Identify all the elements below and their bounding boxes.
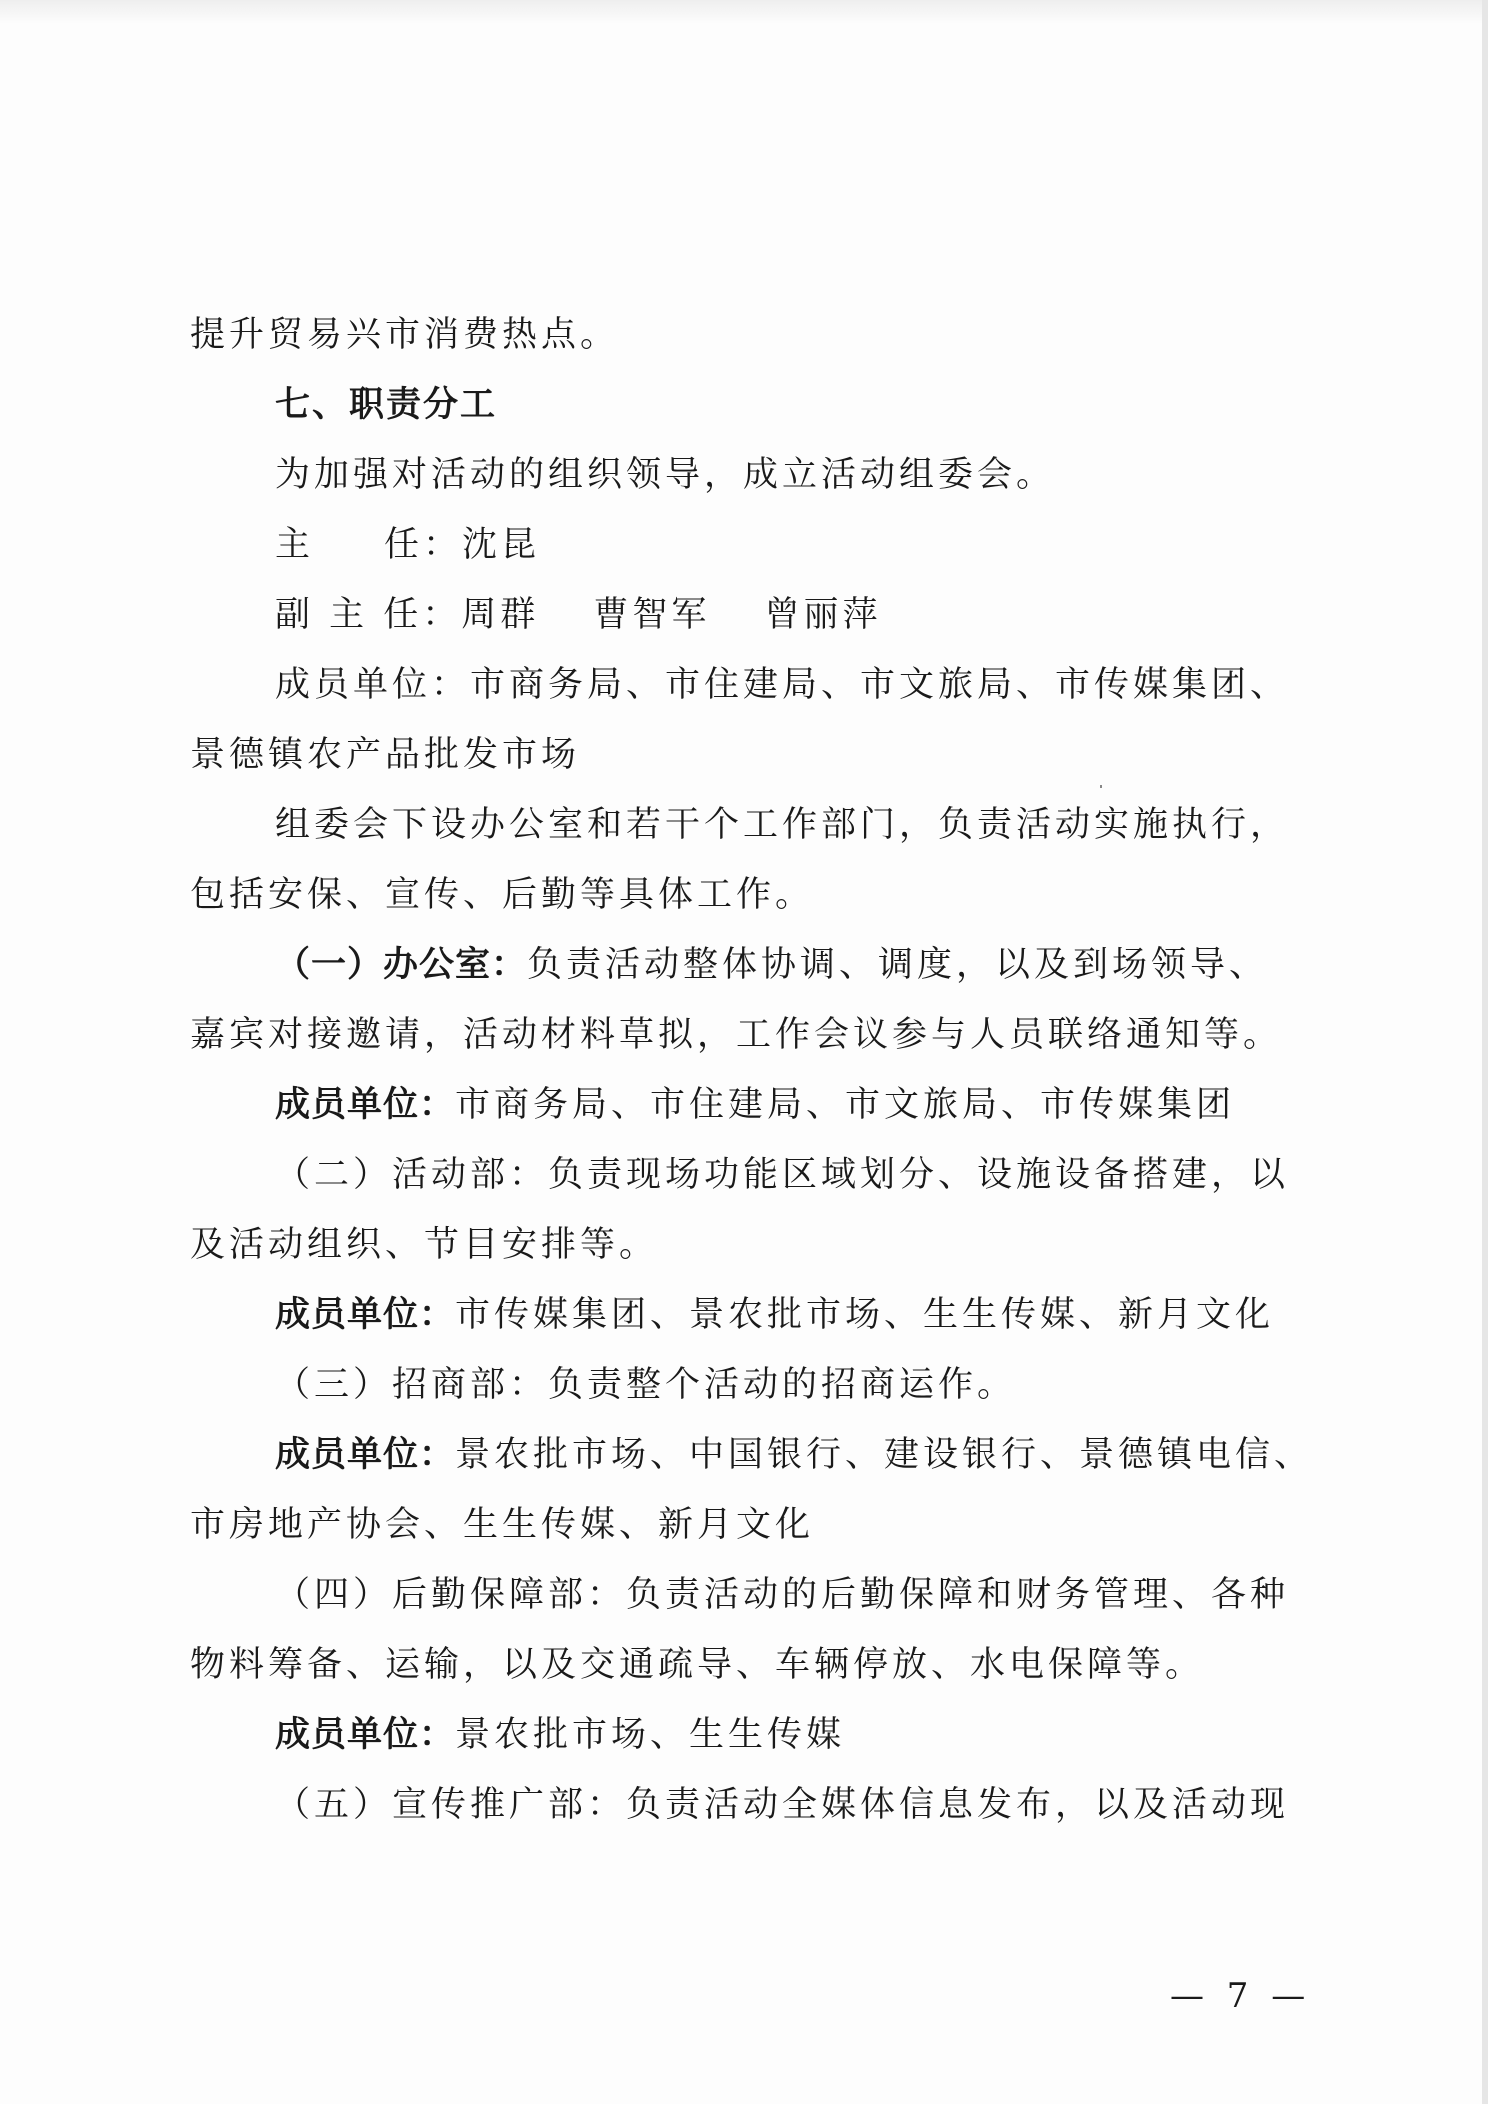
director-label-part2: 任： — [384, 525, 462, 565]
paragraph-line: 提升贸易兴市消费热点。 — [190, 306, 1290, 376]
section-members: 成员单位：景农批市场、中国银行、建设银行、景德镇电信、 — [190, 1426, 1290, 1496]
section-members-cont: 市房地产协会、生生传媒、新月文化 — [190, 1496, 1290, 1566]
section-heading: 七、职责分工 — [190, 376, 1290, 446]
section-investment: （三）招商部：负责整个活动的招商运作。 — [190, 1356, 1290, 1426]
section-desc-cont: 物料筹备、运输，以及交通疏导、车辆停放、水电保障等。 — [190, 1636, 1290, 1706]
section-desc: 负责活动整体协调、调度，以及到场领导、 — [527, 945, 1268, 985]
members-value: 市商务局、市住建局、市文旅局、市传媒集团 — [455, 1085, 1235, 1125]
members-label: 成员单位： — [275, 1085, 455, 1125]
members-value: 景农批市场、生生传媒 — [455, 1715, 845, 1755]
scan-edge-right — [1482, 0, 1488, 2104]
section-members: 成员单位：市商务局、市住建局、市文旅局、市传媒集团 — [190, 1076, 1290, 1146]
document-body: 提升贸易兴市消费热点。 七、职责分工 为加强对活动的组织领导，成立活动组委会。 … — [190, 306, 1290, 1846]
document-page: 提升贸易兴市消费热点。 七、职责分工 为加强对活动的组织领导，成立活动组委会。 … — [0, 0, 1488, 2104]
page-number: — 7 — — [1170, 1976, 1311, 2016]
members-value: 景农批市场、中国银行、建设银行、景德镇电信、 — [455, 1435, 1313, 1475]
section-members: 成员单位：市传媒集团、景农批市场、生生传媒、新月文化 — [190, 1286, 1290, 1356]
members-value: 市商务局、市住建局、市文旅局、市传媒集团、 — [470, 665, 1289, 705]
section-members: 成员单位：景农批市场、生生传媒 — [190, 1706, 1290, 1776]
office-paragraph: 组委会下设办公室和若干个工作部门，负责活动实施执行， — [190, 796, 1290, 866]
section-title: （一）办公室： — [275, 945, 527, 985]
committee-members-line: 成员单位：市商务局、市住建局、市文旅局、市传媒集团、 — [190, 656, 1290, 726]
director-value: 沈昆 — [462, 525, 540, 565]
committee-members-line-cont: 景德镇农产品批发市场 — [190, 726, 1290, 796]
deputy-values: 周群 曹智军 曾丽萍 — [461, 595, 881, 635]
section-activity: （二）活动部：负责现场功能区域划分、设施设备搭建，以 — [190, 1146, 1290, 1216]
section-desc: 负责整个活动的招商运作。 — [548, 1365, 1016, 1405]
section-logistics: （四）后勤保障部：负责活动的后勤保障和财务管理、各种 — [190, 1566, 1290, 1636]
section-office: （一）办公室：负责活动整体协调、调度，以及到场领导、 — [190, 936, 1290, 1006]
section-title: （三）招商部： — [275, 1365, 548, 1405]
members-label: 成员单位： — [275, 1435, 455, 1475]
section-title: （四）后勤保障部： — [275, 1575, 626, 1615]
section-title: （二）活动部： — [275, 1155, 548, 1195]
section-desc-cont: 嘉宾对接邀请，活动材料草拟，工作会议参与人员联络通知等。 — [190, 1006, 1290, 1076]
section-title: （五）宣传推广部： — [275, 1785, 626, 1825]
section-desc: 负责活动的后勤保障和财务管理、各种 — [626, 1575, 1289, 1615]
deputy-label: 副 主 任： — [275, 595, 461, 635]
members-value: 市传媒集团、景农批市场、生生传媒、新月文化 — [455, 1295, 1274, 1335]
director-line: 主任：沈昆 — [190, 516, 1290, 586]
members-label: 成员单位： — [275, 1715, 455, 1755]
members-label: 成员单位： — [275, 665, 470, 705]
deputy-director-line: 副 主 任：周群 曹智军 曾丽萍 — [190, 586, 1290, 656]
intro-paragraph: 为加强对活动的组织领导，成立活动组委会。 — [190, 446, 1290, 516]
scan-edge-top — [0, 0, 1488, 24]
members-label: 成员单位： — [275, 1295, 455, 1335]
office-paragraph-cont: 包括安保、宣传、后勤等具体工作。 — [190, 866, 1290, 936]
section-publicity: （五）宣传推广部：负责活动全媒体信息发布，以及活动现 — [190, 1776, 1290, 1846]
section-desc-cont: 及活动组织、节目安排等。 — [190, 1216, 1290, 1286]
director-label-part1: 主 — [275, 525, 314, 565]
section-desc: 负责活动全媒体信息发布，以及活动现 — [626, 1785, 1289, 1825]
section-desc: 负责现场功能区域划分、设施设备搭建，以 — [548, 1155, 1289, 1195]
